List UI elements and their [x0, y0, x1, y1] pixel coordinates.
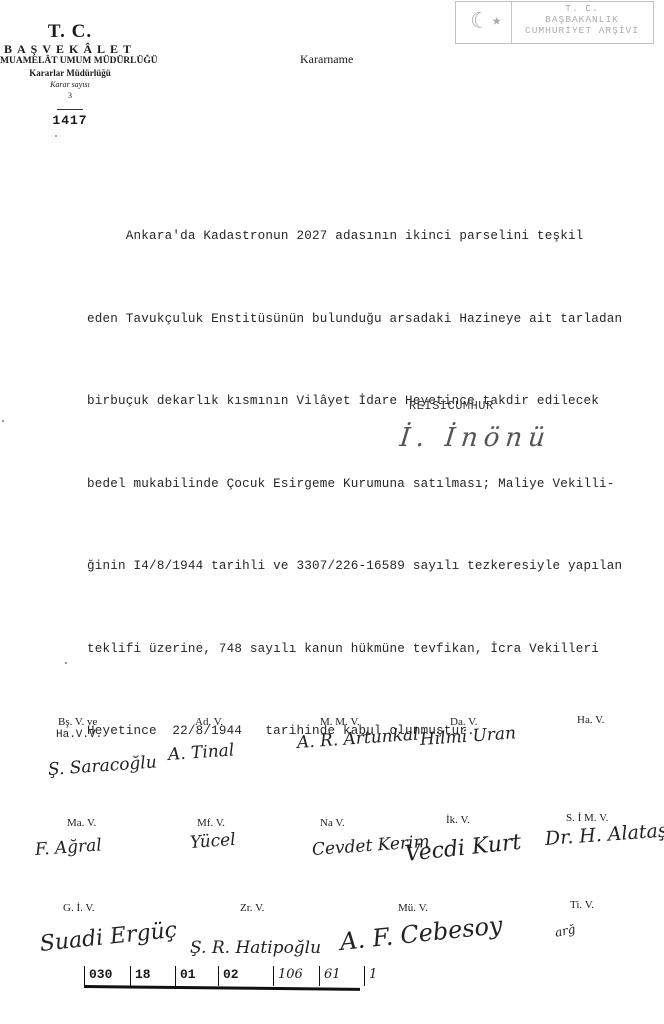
- letterhead-divider: [57, 109, 83, 110]
- minister-label-ticaret: Ti. V.: [570, 899, 594, 911]
- body-line: teklifi üzerine, 748 sayılı kanun hükmün…: [87, 636, 657, 664]
- letterhead-sub-directorate: Kararlar Müdürlüğü: [0, 69, 140, 78]
- letterhead-directorate: MUAMELÂT UMUM MÜDÜRLÜĞÜ: [0, 57, 140, 67]
- body-line: eden Tavukçuluk Enstitüsünün bulunduğu a…: [87, 306, 657, 334]
- archive-code-cell: 1: [364, 966, 377, 986]
- minister-label-milli-mudafaa: M. M. V.: [320, 716, 360, 728]
- minister-label-sihhiye: S. İ M. V.: [566, 812, 608, 824]
- signature-munakalat: A. F. Cebesoy: [339, 911, 504, 956]
- minister-label-basvekil: Bş. V. ve: [58, 716, 97, 728]
- archive-code-cell: 18: [130, 966, 151, 986]
- scan-speck: [65, 662, 67, 664]
- minister-label-hariciye: Ha. V.: [577, 714, 604, 726]
- body-line: Ankara'da Kadastronun 2027 adasının ikin…: [87, 223, 657, 251]
- body-line: ğinin I4/8/1944 tarihli ve 3307/226-1658…: [87, 553, 657, 581]
- president-title: REİSİCUMHUR: [409, 399, 494, 413]
- archive-code-cell: 02: [218, 966, 239, 986]
- minister-label-iktisat: İk. V.: [446, 814, 470, 826]
- president-signature: İ. İnönü: [398, 423, 552, 453]
- archive-stamp: ☾⋆ T. C. BAŞBAKANLIK CUMHURİYET ARŞİVİ: [455, 1, 654, 44]
- scan-speck: [2, 420, 4, 422]
- stamp-emblem-box: ☾⋆: [456, 2, 512, 43]
- letterhead: T. C. BAŞVEKÂLET MUAMELÂT UMUM MÜDÜRLÜĞÜ…: [0, 22, 140, 127]
- signature-maarif: Yücel: [189, 830, 236, 853]
- minister-label-adliye: Ad. V.: [195, 716, 223, 728]
- minister-label-maliye: Ma. V.: [67, 817, 96, 829]
- signature-ziraat: Ş. R. Hatipoğlu: [190, 938, 321, 958]
- archive-code-cell: 01: [175, 966, 196, 986]
- minister-label-nafia: Na V.: [320, 817, 345, 829]
- body-line: birbuçuk dekarlık kısmının Vilâyet İdare…: [87, 388, 657, 416]
- minister-label-ziraat: Zr. V.: [240, 902, 264, 914]
- archive-code-cell: 030: [84, 966, 112, 986]
- archive-code-strip: 030 18 01 02 106 61 1: [84, 966, 342, 988]
- signature-saracoglu: Ş. Saracoğlu: [47, 752, 157, 780]
- minister-label-maarif: Mf. V.: [197, 817, 225, 829]
- minister-label-munakalat: Mü. V.: [398, 902, 428, 914]
- decision-count-value: 3: [0, 92, 140, 100]
- signature-sihhiye: Dr. H. Alataş: [544, 819, 664, 850]
- minister-label-gumruk-inhisarlar: G. İ. V.: [63, 902, 95, 914]
- body-line: bedel mukabilinde Çocuk Esirgeme Kurumun…: [87, 471, 657, 499]
- decree-body: Ankara'da Kadastronun 2027 adasının ikin…: [87, 168, 657, 773]
- archive-code-cell: 61: [319, 966, 341, 986]
- signature-ticaret: arğ: [554, 922, 577, 940]
- stamp-text: T. C. BAŞBAKANLIK CUMHURİYET ARŞİVİ: [516, 4, 648, 37]
- archive-code-cell: 106: [273, 966, 303, 986]
- stamp-line-3: CUMHURİYET ARŞİVİ: [516, 26, 648, 37]
- crescent-star-icon: ☾⋆: [470, 10, 504, 32]
- scan-speck: [55, 135, 57, 137]
- letterhead-state: T. C.: [0, 22, 140, 42]
- decision-number: 1417: [0, 114, 140, 128]
- signature-gumruk-inhisarlar: Suadi Ergüç: [39, 918, 178, 957]
- minister-label-hariciye-vekaleti: Ha.V.V.: [56, 729, 102, 741]
- letterhead-office: BAŞVEKÂLET: [0, 43, 140, 56]
- document-type: Kararname: [300, 52, 353, 67]
- signature-maliye: F. Ağral: [34, 835, 102, 860]
- decision-count-label: Karar sayısı: [0, 81, 140, 89]
